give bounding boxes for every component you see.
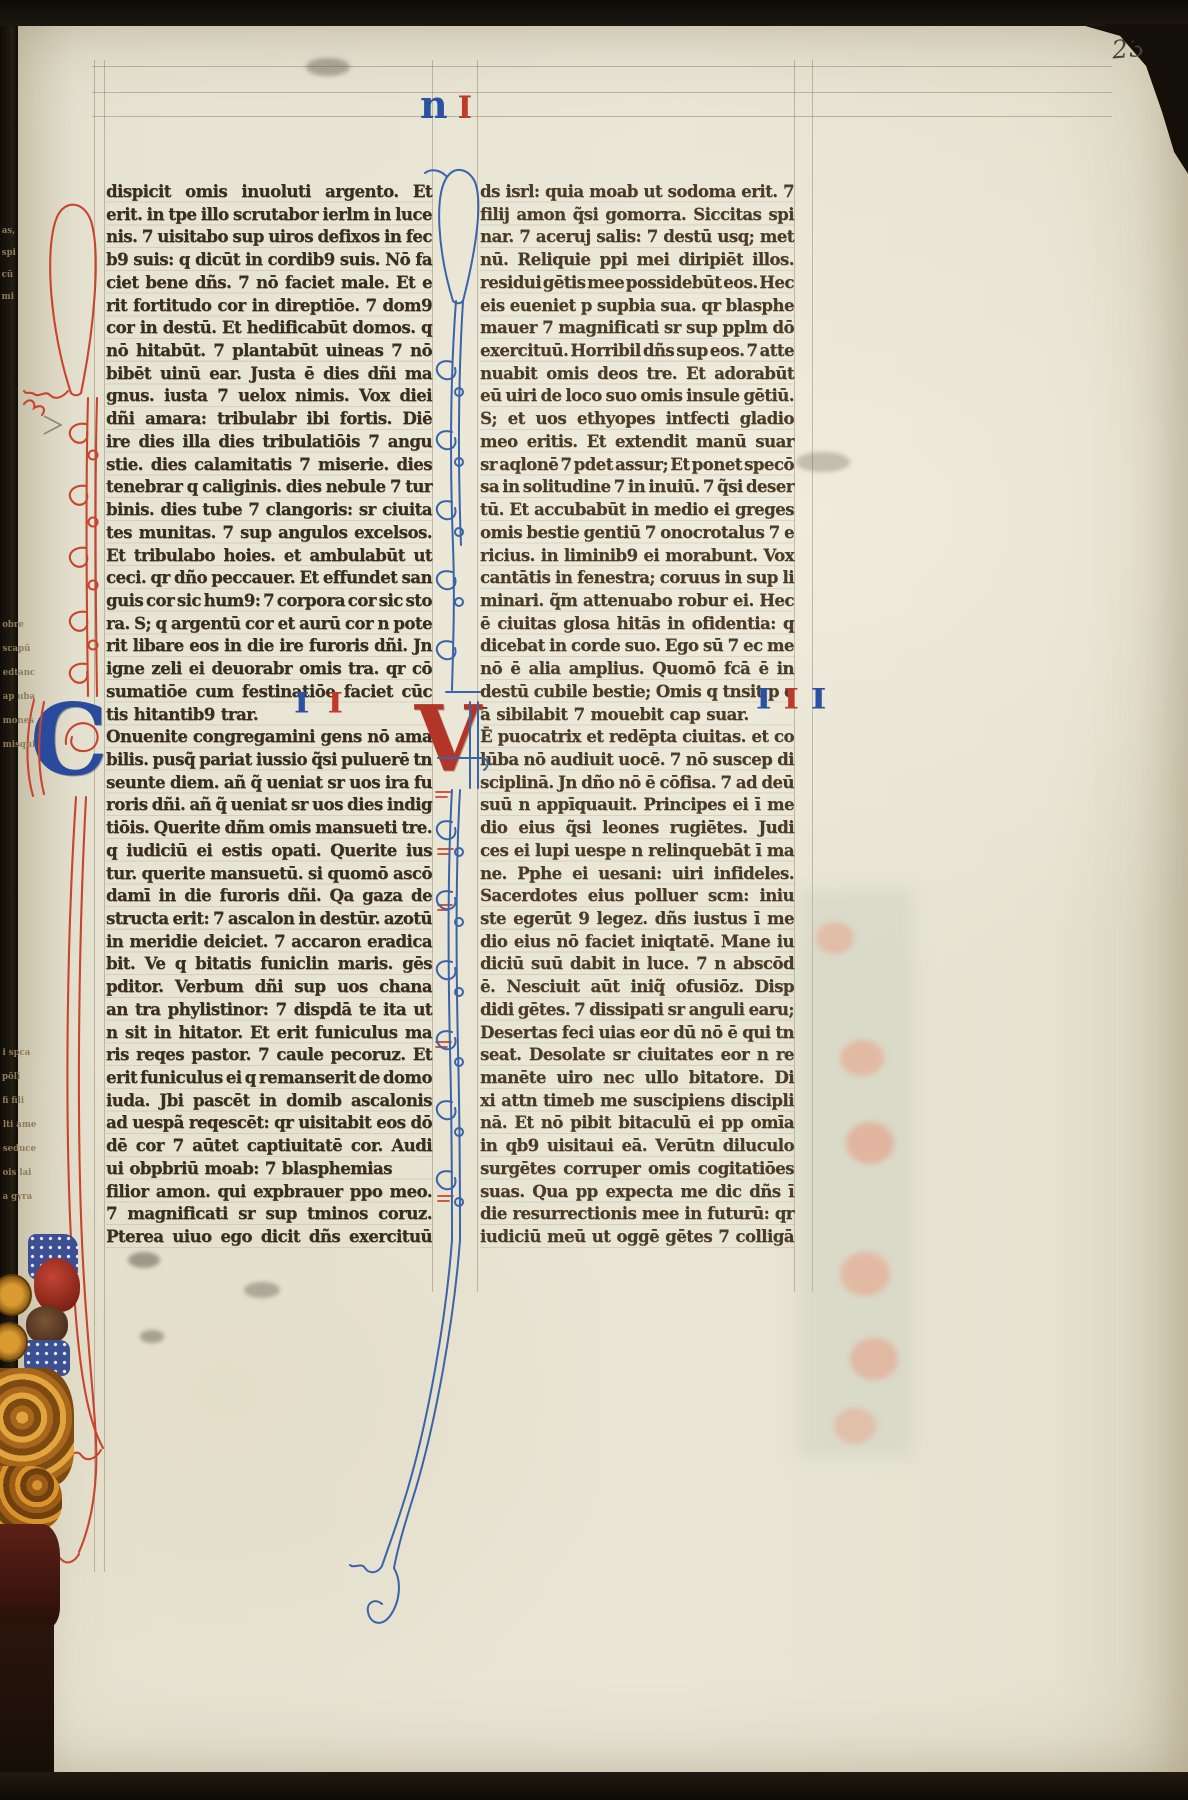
text-line: tesmunitas.7supangulosexcelsos. (106, 521, 432, 544)
text-line: manēteuironecullobitatore.Di (480, 1066, 794, 1089)
text-line: tū.Etaccubabūtinmedioeigreges (480, 498, 794, 521)
numeral-letter: I (294, 690, 309, 716)
decorated-initial-c: C (30, 690, 108, 796)
text-line: sumatiōecumfestinatiōefacietcūc (106, 680, 432, 703)
text-line: meoeritis.Etextenditmanūsuar (480, 430, 794, 453)
text-line: sainsolitudine7ininuiū.7q̃sideser (480, 475, 794, 498)
text-line: residuigētismeepossidebūteos.Hec (480, 271, 794, 294)
text-line: bibētuinūear.Justaēdiesdñima (106, 362, 432, 385)
edge-text-fragment: ap uba (3, 692, 35, 702)
edge-text-fragment: fi fili (2, 1096, 24, 1106)
edge-text-fragment: i spca (3, 1048, 31, 1058)
text-line: ne.Ppheeiuesani:uiriinfideles. (480, 862, 794, 885)
text-column-right: dsisrl:quiamoabutsodomaerit.7filijamonq̃… (480, 180, 794, 1248)
text-line: uiobpbriūmoab:7blasphemias (106, 1157, 432, 1180)
text-line: binis.diestube7clangoris:srciuita (106, 498, 432, 521)
text-line: nis.7uisitabosupuirosdefixosinfec (106, 225, 432, 248)
illumination-maroon-base (0, 1524, 60, 1628)
edge-text-fragment: ois lai (3, 1168, 32, 1178)
running-title-letter-i: I (458, 93, 473, 124)
text-line: 7magnificatisrsuptminoscoruz. (106, 1202, 432, 1225)
text-line: eritfuniculuseiqremanseritdedomo (106, 1066, 432, 1089)
text-line: destūcubilebestie;Omisqtnsitpe (480, 680, 794, 703)
running-title-letter-n: n (420, 86, 448, 124)
text-line: bilis.pusq̃pariatiussioq̃sipuluerētn (106, 748, 432, 771)
text-line: iudiciūmeūutoggēgētes7colligā (480, 1225, 794, 1248)
text-line: nōēaliaamplius.Quomōfcāēin (480, 657, 794, 680)
numeral-letter: I (327, 690, 342, 716)
text-line: dioeiusnōfacietiniqtatē.Maneiu (480, 930, 794, 953)
book-edge-top (0, 0, 1188, 26)
text-line: tenebrarqcaliginis.diesnebule7tur (106, 475, 432, 498)
numeral-letter: I (811, 686, 826, 712)
text-line: ritlibareeosindieirefurorisdñi.Jn (106, 634, 432, 657)
text-line: cantātisinfenestra;coruusinsupli (480, 566, 794, 589)
text-line: damīindiefurorisdñi.Qagazade (106, 884, 432, 907)
text-line: corindestū.Ethedificabūtdomos.q (106, 316, 432, 339)
text-line: exercituū.Horribildñssupeos.7atte (480, 339, 794, 362)
numeral-letter: I (783, 686, 798, 712)
text-line: antraphylistinor:7dispdāteitaut (106, 998, 432, 1021)
text-line: Onuenitecongregaminigensnōama (106, 725, 432, 748)
text-line: guiscorsichum9:7corporacorsicsto (106, 589, 432, 612)
text-line: dsisrl:quiamoabutsodomaerit.7 (480, 180, 794, 203)
text-line: ritfortitudocorindireptiōe.7dom9 (106, 294, 432, 317)
text-line: Ptereauiuoegodicitdñsexercituū (106, 1225, 432, 1248)
text-line: omisbestiegentiū7onocrotalus7e (480, 521, 794, 544)
edge-text-fragment: obre (2, 620, 24, 630)
text-line: irediesilladiestribulatiōis7angu (106, 430, 432, 453)
text-line: xiattntimebmesuscipiensdiscipli (480, 1089, 794, 1112)
text-line: rorisdñi.añq̃ueniatsruosdiesindig (106, 793, 432, 816)
text-line: diciūsuūdabitinluce.7nabscōd (480, 952, 794, 975)
edge-text-fragment: mi (2, 292, 14, 302)
text-line: erit.intpeilloscrutaborierlminluce (106, 203, 432, 226)
edge-text-fragment: edtanc (3, 668, 35, 678)
text-line: nsitinhitator.Eteritfuniculusma (106, 1021, 432, 1044)
text-line: Ettribulabohoies.etambulabūtut (106, 544, 432, 567)
text-line: seat.Desolatesrciuitateseornre (480, 1043, 794, 1066)
text-line: tishitantib9trar. (106, 703, 432, 726)
text-line: filioramon.quiexpbrauerppomeo. (106, 1180, 432, 1203)
illumination-gold-boss (0, 1274, 32, 1316)
edge-text-fragment: scapū (3, 644, 31, 654)
text-line: seuntediem.añq̃ueniatsruosirafu (106, 771, 432, 794)
edge-text-fragment: pōlī (2, 1072, 20, 1082)
text-line: lūbanōaudiuituocē.7nōsuscepdi (480, 748, 794, 771)
text-line: risreqespastor.7caulepecoruz.Et (106, 1043, 432, 1066)
text-line: ceseilupiuespenrelinquebātīma (480, 839, 794, 862)
text-line: ceci.qrdñopeccauer.Eteffundetsan (106, 566, 432, 589)
text-line: dispicitomisinuolutiargento.Et (106, 180, 432, 203)
text-line: aduespãreqescēt:qruisitabiteosdō (106, 1111, 432, 1134)
text-line: nū.Reliquieppimeidiripiētillos. (480, 248, 794, 271)
edge-text-fragment: lti ame (3, 1120, 36, 1130)
text-line: structaerit:7ascalonindestūr.azotū (106, 907, 432, 930)
text-line: cietbenedñs.7nōfacietmale.Ete (106, 271, 432, 294)
text-line: suas.Quappexpectamedicdñsī (480, 1180, 794, 1203)
text-line: filijamonq̃sigomorra.Siccitasspi (480, 203, 794, 226)
text-line: sraqlonē7pdetassur;Etponetspecō (480, 453, 794, 476)
running-title: n I (420, 84, 472, 124)
text-line: didigētes.7dissipatisranguliearu; (480, 998, 794, 1021)
pigment-offset-stain (816, 922, 854, 954)
text-line: minari.q̃mattenuaboroburei.Hec (480, 589, 794, 612)
text-line: ricius.inliminib9eimorabunt.Vox (480, 544, 794, 567)
edge-text-fragment: a gyra (3, 1192, 33, 1202)
text-column-left: dispicitomisinuolutiargento.Eterit.intpe… (106, 180, 432, 1248)
text-line: steegerūt9legez.dñsiustusīme (480, 907, 794, 930)
text-line: suūnappīquauit.Principeseiīme (480, 793, 794, 816)
text-line: inmeridiedeiciet.7accaroneradica (106, 930, 432, 953)
numeral-letter: I (756, 686, 771, 712)
text-line: ra.S;qargentūcoretaurūcornpote (106, 612, 432, 635)
text-line: tur.queritemansuetū.siquomōascō (106, 862, 432, 885)
book-edge-bottom (0, 1772, 1188, 1800)
text-line: bit.Veqbitatisfuniclinmaris.gēs (106, 952, 432, 975)
text-line: nōhitabūt.7plantabūtuineas7nō (106, 339, 432, 362)
text-line: eiseuenietpsupbiasua.qrblasphe (480, 294, 794, 317)
text-line: dēcor7aūtetcaptiuitatēcor.Audi (106, 1134, 432, 1157)
edge-text-fragment: mones (3, 716, 34, 726)
text-line: dñiamara:tribulabribifortis.Diē (106, 407, 432, 430)
text-line: Desertasfeciuiaseordūnōēquitn (480, 1021, 794, 1044)
text-line: pditor.Verbumdñisupuoschana (106, 975, 432, 998)
edge-text-fragment: cū (2, 270, 13, 280)
text-line: nā.Etnōpibitbitaculūeippomīa (480, 1111, 794, 1134)
edge-text-fragment: seduce (3, 1144, 36, 1154)
illumination-red-cap (34, 1258, 80, 1312)
text-line: ignezelieideuorabromistra.qrcō (106, 657, 432, 680)
text-line: Sacerdoteseiuspolluerscm:iniu (480, 884, 794, 907)
decorated-initial-v: V (414, 689, 482, 793)
manuscript-photo: { "page": { "folio_number": "23", "runni… (0, 0, 1188, 1800)
chapter-numeral-iii: III (756, 684, 826, 714)
text-line: inqb9uisitauieā.Verūtndiluculo (480, 1134, 794, 1157)
text-line: dioeiusq̃sileonesrugiētes.Judi (480, 816, 794, 839)
text-line: iuda.Jbipascētindomibascalonis (106, 1089, 432, 1112)
text-line: tiōis.Queritedñmomismansuetitre. (106, 816, 432, 839)
text-line: nar.7acerujsalis:7destūusq;met (480, 225, 794, 248)
text-line: stie.diescalamitatis7miserie.dies (106, 453, 432, 476)
text-line: sciplinā.Jndñonōēcōfisa.7addeū (480, 771, 794, 794)
text-line: ē.Nesciuitaūtiniq̃ofusiōz.Disp (480, 975, 794, 998)
text-line: dicebatincordesuo.Egosū7ecme (480, 634, 794, 657)
text-line: eūuiridelocosuoomisinsulegētiū. (480, 384, 794, 407)
chapter-numeral-ii: II (294, 688, 343, 718)
edge-text-fragment: spi (2, 248, 16, 258)
text-line: S;etuosethyopesintfectigladio (480, 407, 794, 430)
text-line: āsibilabit7mouebitcapsuar. (480, 703, 794, 726)
illumination-face (26, 1306, 68, 1344)
text-line: ēciuitasglosahitāsinofidentia:q (480, 612, 794, 635)
text-line: b9suis:qdicūtincordib9suis.Nōfa (106, 248, 432, 271)
text-line: qiudiciūeiestisopati.Queriteius (106, 839, 432, 862)
illuminated-fragment (0, 1228, 82, 1628)
text-line: mauer7magnificatisrsuppplmdō (480, 316, 794, 339)
edge-text-fragment: as, (2, 226, 15, 236)
text-line: Ēpuocatrixetredēptaciuitas.etco (480, 725, 794, 748)
text-line: nuabitomisdeostre.Etadorabūt (480, 362, 794, 385)
text-line: gnus.iusta7ueloxnimis.Voxdiei (106, 384, 432, 407)
edge-text-fragment: misqui (3, 740, 36, 750)
text-line: dieresurrectionismeeinfuturū:qr (480, 1202, 794, 1225)
text-line: surgētescorruperomiscogitatiōes (480, 1157, 794, 1180)
